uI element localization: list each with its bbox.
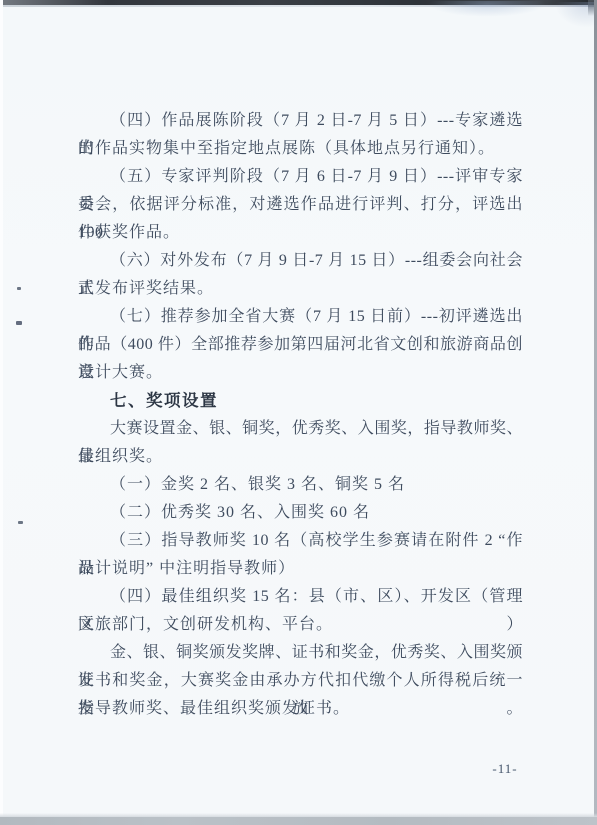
- text-line: （二）优秀奖 30 名、入围奖 60 名: [78, 499, 523, 527]
- page-number: -11-: [470, 761, 540, 777]
- text-line: 式发布评奖结果。: [78, 275, 523, 303]
- text-line: 证书和奖金，大赛奖金由承办方代扣代缴个人所得税后统一发放。: [78, 667, 523, 695]
- text-line: （三）指导教师奖 10 名（高校学生参赛请在附件 2 “作品: [78, 527, 523, 555]
- text-line: 员会，依据评分标准，对遴选作品进行评判、打分，评选出 100: [78, 191, 523, 219]
- text-line: （七）推荐参加全省大赛（7 月 15 日前）---初评遴选出的: [78, 303, 523, 331]
- text-line: 金、银、铜奖颁发奖牌、证书和奖金，优秀奖、入围奖颁发: [78, 639, 523, 667]
- text-line: 大赛设置金、银、铜奖，优秀奖、入围奖，指导教师奖、最: [78, 415, 523, 443]
- text-line: 作品（400 件）全部推荐参加第四届河北省文创和旅游商品创意: [78, 331, 523, 359]
- scan-edge-bottom: [0, 817, 597, 825]
- scan-speck: [16, 321, 22, 325]
- text-line: （四）作品展陈阶段（7 月 2 日-7 月 5 日）---专家遴选出: [78, 107, 523, 135]
- text-line: 设计说明” 中注明指导教师）: [78, 555, 523, 583]
- text-line: （四）最佳组织奖 15 名：县（市、区）、开发区（管理区）: [78, 583, 523, 611]
- scan-edge-left: [0, 0, 3, 825]
- scanned-page: （四）作品展陈阶段（7 月 2 日-7 月 5 日）---专家遴选出 的作品实物…: [0, 0, 597, 825]
- text-line: （一）金奖 2 名、银奖 3 名、铜奖 5 名: [78, 471, 523, 499]
- text-line: 设计大赛。: [78, 359, 523, 387]
- scan-speck: [18, 521, 23, 524]
- document-body: （四）作品展陈阶段（7 月 2 日-7 月 5 日）---专家遴选出 的作品实物…: [78, 107, 523, 723]
- text-line: 的作品实物集中至指定地点展陈（具体地点另行通知）。: [78, 135, 523, 163]
- text-line: 佳组织奖。: [78, 443, 523, 471]
- scan-smudge: [428, 1, 546, 17]
- text-line: （六）对外发布（7 月 9 日-7 月 15 日）---组委会向社会正: [78, 247, 523, 275]
- scan-speck: [17, 287, 21, 290]
- text-line: 件获奖作品。: [78, 219, 523, 247]
- text-line: （五）专家评判阶段（7 月 6 日-7 月 9 日）---评审专家委: [78, 163, 523, 191]
- scan-smudge-corner: [555, 2, 595, 28]
- section-heading: 七、奖项设置: [78, 387, 523, 415]
